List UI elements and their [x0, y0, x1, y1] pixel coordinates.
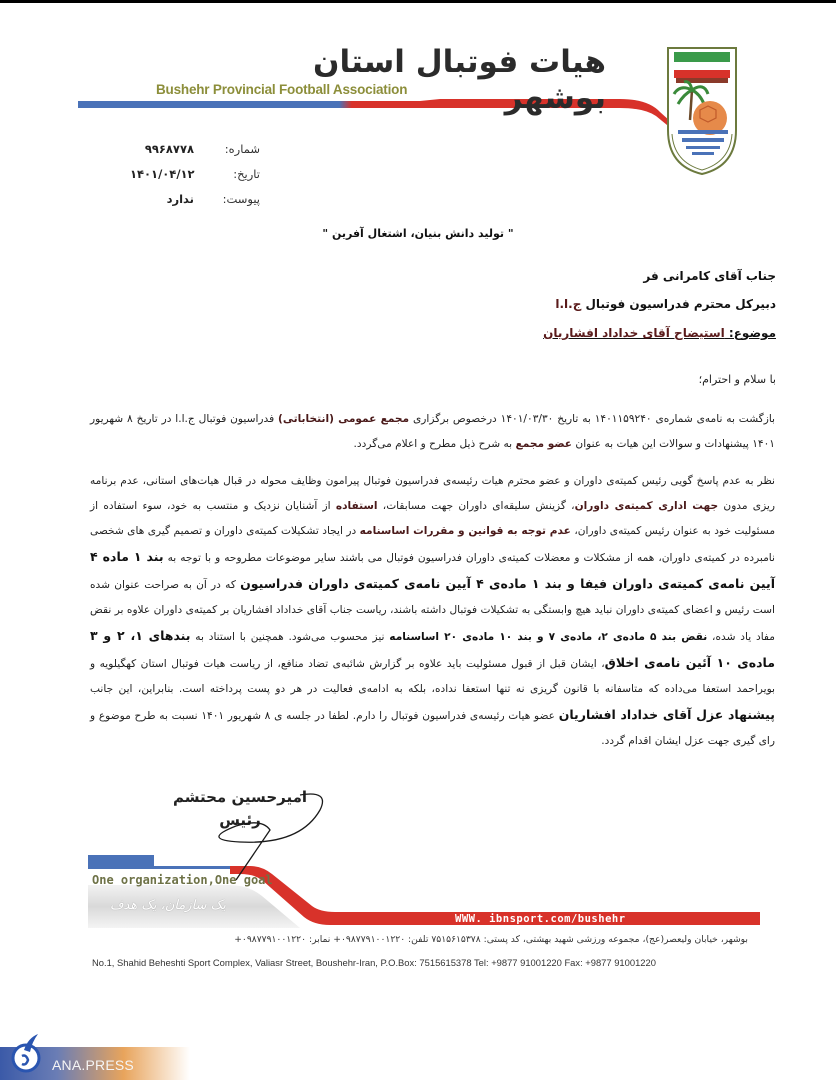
footer-address-en: No.1, Shahid Beheshti Sport Complex, Val… [92, 957, 752, 968]
footer-slogan-fa: یک سازمان، یک هدف [110, 898, 226, 913]
footer-website: WWW. ibnsport.com/bushehr [455, 913, 626, 925]
footer-address-fa: بوشهر، خیابان ولیعصر(عج)، مجموعه ورزشی ش… [88, 934, 748, 945]
watermark-text: ANA.PRESS [52, 1057, 134, 1073]
handwritten-signature-icon [0, 0, 836, 1080]
footer-slogan-en: One organization,One goal [92, 873, 273, 887]
ana-press-logo-icon [10, 1032, 46, 1074]
